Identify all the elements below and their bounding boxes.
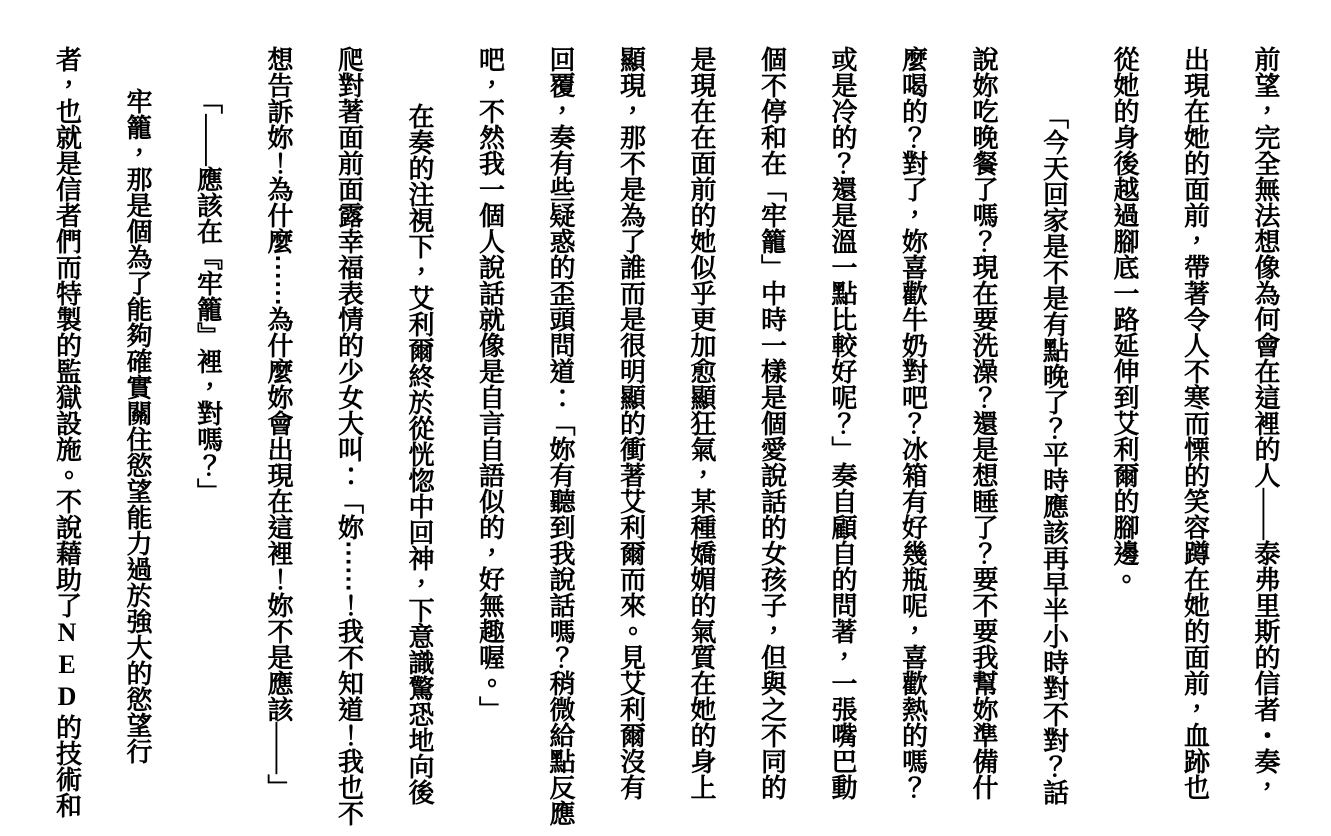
vertical-text-block: 前望，完全無法想像為何會在這裡的人——泰弗里斯的信者・奏，出現在她的面前，帶著令… xyxy=(31,46,1300,830)
vertical-text-line: 在奏的注視下，艾利爾終於從恍惚中回神，下意識驚恐地向後 xyxy=(384,46,455,830)
vertical-text-line: 「——應該在『牢籠』裡，對嗎？」 xyxy=(172,46,243,830)
vertical-text-line: 顯現，那不是為了誰而是很明顯的衝著艾利爾而來。見艾利爾沒有 xyxy=(595,46,666,830)
vertical-text-line: 從她的身後越過腳底一路延伸到艾利爾的腳邊。 xyxy=(1089,46,1160,830)
vertical-text-line: 麼喝的？對了，妳喜歡牛奶對吧？冰箱有好幾瓶呢，喜歡熱的嗎？ xyxy=(877,46,948,830)
vertical-text-line: 吧，不然我一個人說話就像是自言自語似的，好無趣喔。」 xyxy=(454,46,525,830)
vertical-text-line: 個不停和在「牢籠」中時一樣是個愛說話的女孩子，但與之不同的 xyxy=(736,46,807,830)
vertical-text-line: 出現在她的面前，帶著令人不寒而慄的笑容蹲在她的面前，血跡也 xyxy=(1159,46,1230,830)
vertical-text-line: 說妳吃晚餐了嗎？現在要洗澡？還是想睡了？要不要我幫妳準備什 xyxy=(948,46,1019,830)
vertical-text-line: 是現在在面前的她似乎更加愈顯狂氣，某種嬌媚的氣質在她的身上 xyxy=(666,46,737,830)
vertical-text-line: 爬對著面前面露幸福表情的少女大叫：「妳⋯⋯！我不知道！我也不 xyxy=(313,46,384,830)
vertical-text-line: 想告訴妳！為什麼⋯⋯為什麼妳會出現在這裡！妳不是應該——」 xyxy=(243,46,314,830)
vertical-text-line: 「今天回家是不是有點晚了？平時應該再早半小時對不對？話 xyxy=(1018,46,1089,830)
latin-upright-text: NED xyxy=(53,618,82,714)
vertical-text-line: 回覆，奏有些疑惑的歪頭問道：「妳有聽到我說話嗎？稍微給點反應 xyxy=(525,46,596,830)
vertical-text-line: 或是冷的？還是溫一點比較好呢？」奏自顧自的問著，一張嘴巴動 xyxy=(807,46,878,830)
vertical-text-line: 者，也就是信者們而特製的監獄設施。不說藉助了NED的技術和 xyxy=(31,46,102,830)
vertical-text-line: 牢籠，那是個為了能夠確實關住慾望能力過於強大的慾望行 xyxy=(102,46,173,830)
vertical-text-line: 前望，完全無法想像為何會在這裡的人——泰弗里斯的信者・奏， xyxy=(1230,46,1301,830)
novel-page: 前望，完全無法想像為何會在這裡的人——泰弗里斯的信者・奏，出現在她的面前，帶著令… xyxy=(0,0,1331,836)
